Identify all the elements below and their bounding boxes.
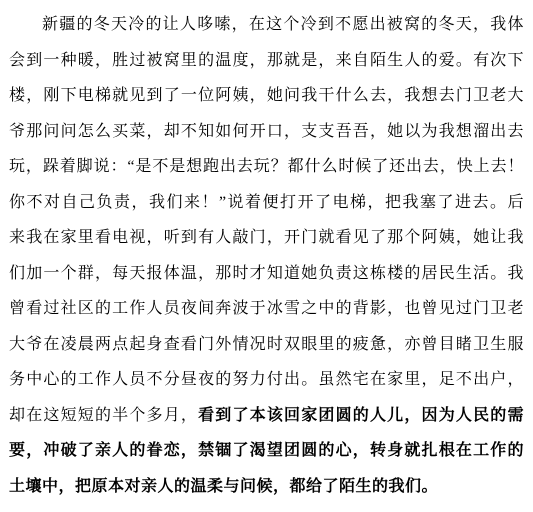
text-line-6: 你不对自己负责，我们来！”说着便打开了电梯，把我塞了进去。后 — [9, 185, 524, 221]
text-line-13: 要，冲破了亲人的眷恋，禁锢了渴望团圆的心，转身就扎根在工作的 — [9, 433, 524, 469]
text-line-12: 却在这短短的半个多月，看到了本该回家团圆的人儿，因为人民的需 — [9, 398, 524, 434]
text-run-bold: 看到了本该回家团圆的人儿，因为人民的需 — [198, 407, 524, 424]
text-run: 新疆的冬天冷的让人哆嗦，在这个冷到不愿出被窝的冬天，我体 — [42, 16, 524, 33]
text-run: 爷那问问怎么买菜，却不知如何开口，支支吾吾，她以为我想溜出去 — [9, 123, 524, 140]
text-run: 却在这短短的半个多月， — [9, 407, 198, 424]
text-run: 你不对自己负责，我们来！”说着便打开了电梯，把我塞了进去。后 — [9, 194, 524, 211]
text-run-bold: 土壤中，把原本对亲人的温柔与问候，都给了陌生的我们。 — [9, 478, 438, 495]
text-run-bold: 要，冲破了亲人的眷恋，禁锢了渴望团圆的心，转身就扎根在工作的 — [9, 442, 524, 459]
document-page: { "document": { "background_color": "#ff… — [0, 0, 533, 512]
text-line-4: 爷那问问怎么买菜，却不知如何开口，支支吾吾，她以为我想溜出去 — [9, 114, 524, 150]
text-line-3: 楼，刚下电梯就见到了一位阿姨，她问我干什么去，我想去门卫老大 — [9, 78, 524, 114]
text-line-8: 们加一个群，每天报体温，那时才知道她负责这栋楼的居民生活。我 — [9, 256, 524, 292]
text-line-14: 土壤中，把原本对亲人的温柔与问候，都给了陌生的我们。 — [9, 469, 524, 505]
text-run: 会到一种暖，胜过被窝里的温度，那就是，来自陌生人的爱。有次下 — [9, 52, 524, 69]
text-run: 们加一个群，每天报体温，那时才知道她负责这栋楼的居民生活。我 — [9, 265, 524, 282]
text-line-11: 务中心的工作人员不分昼夜的努力付出。虽然宅在家里，足不出户， — [9, 362, 524, 398]
text-line-9: 曾看过社区的工作人员夜间奔波于冰雪之中的背影，也曾见过门卫老 — [9, 291, 524, 327]
text-line-7: 来我在家里看电视，听到有人敲门，开门就看见了那个阿姨，她让我 — [9, 220, 524, 256]
text-line-1: 新疆的冬天冷的让人哆嗦，在这个冷到不愿出被窝的冬天，我体 — [9, 7, 524, 43]
text-line-2: 会到一种暖，胜过被窝里的温度，那就是，来自陌生人的爱。有次下 — [9, 43, 524, 79]
text-run: 务中心的工作人员不分昼夜的努力付出。虽然宅在家里，足不出户， — [9, 371, 524, 388]
text-run: 玩，跺着脚说：“是不是想跑出去玩？都什么时候了还出去，快上去！ — [9, 158, 524, 175]
text-line-5: 玩，跺着脚说：“是不是想跑出去玩？都什么时候了还出去，快上去！ — [9, 149, 524, 185]
text-run: 大爷在凌晨两点起身查看门外情况时双眼里的疲惫，亦曾目睹卫生服 — [9, 336, 524, 353]
text-line-10: 大爷在凌晨两点起身查看门外情况时双眼里的疲惫，亦曾目睹卫生服 — [9, 327, 524, 363]
text-run: 楼，刚下电梯就见到了一位阿姨，她问我干什么去，我想去门卫老大 — [9, 87, 524, 104]
essay-paragraph: 新疆的冬天冷的让人哆嗦，在这个冷到不愿出被窝的冬天，我体 会到一种暖，胜过被窝里… — [0, 0, 533, 512]
text-run: 来我在家里看电视，听到有人敲门，开门就看见了那个阿姨，她让我 — [9, 229, 524, 246]
text-run: 曾看过社区的工作人员夜间奔波于冰雪之中的背影，也曾见过门卫老 — [9, 300, 524, 317]
